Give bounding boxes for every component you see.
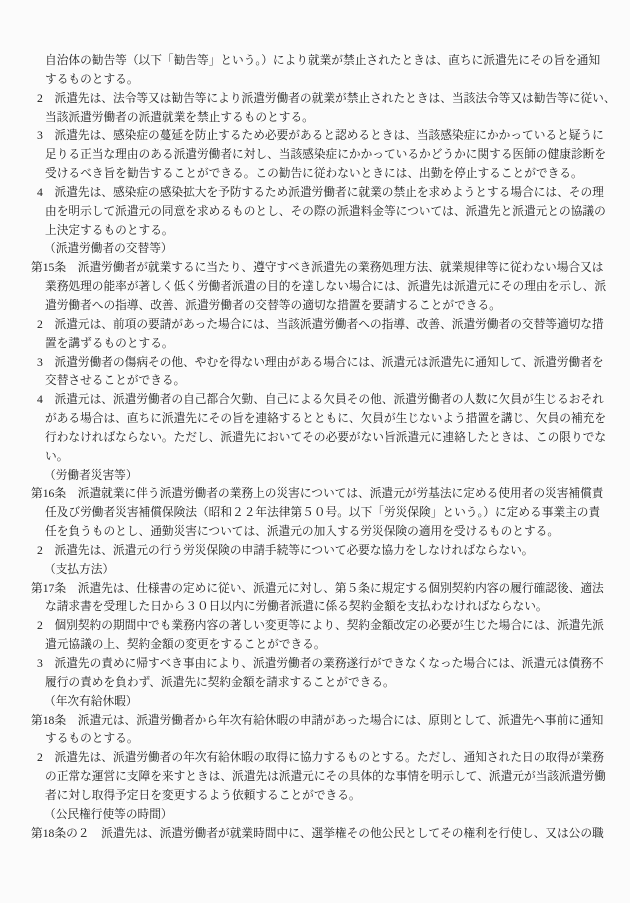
section-heading: （公民権行使等の時間） [31, 806, 602, 825]
text-line: 任を負うものとし、通勤災害については、派遣元の加入する労災保険の適用を受けるもの… [31, 523, 602, 542]
document-body: 自治体の勧告等（以下「勧告等」という。）により就業が禁止されたときは、直ちに派遣… [31, 52, 602, 843]
document-page: 自治体の勧告等（以下「勧告等」という。）により就業が禁止されたときは、直ちに派遣… [0, 0, 630, 903]
text-line: 自治体の勧告等（以下「勧告等」という。）により就業が禁止されたときは、直ちに派遣… [31, 52, 602, 71]
paragraph-number-line: 3 派遣先の責めに帰すべき事由により、派遣労働者の業務遂行ができなくなった場合に… [31, 655, 602, 674]
article-start-line: 第16条 派遣就業に伴う派遣労働者の業務上の災害については、派遣元が労基法に定め… [31, 485, 602, 504]
text-line: 遣労働者への指導、改善、派遣労働者の交替等の適切な措置を要請することができる。 [31, 297, 602, 316]
paragraph-number-line: 2 派遣元は、前項の要請があった場合には、当該派遣労働者への指導、改善、派遣労働… [31, 316, 602, 335]
article-start-line: 第18条 派遣元は、派遣労働者から年次有給休暇の申請があった場合には、原則として… [31, 712, 602, 731]
text-line: 任及び労働者災害補償保険法（昭和２２年法律第５０号。以下「労災保険」という。）に… [31, 504, 602, 523]
text-line: 上決定するものとする。 [31, 222, 602, 241]
paragraph-number-line: 4 派遣元は、派遣労働者の自己都合欠勤、自己による欠員その他、派遣労働者の人数に… [31, 391, 602, 410]
text-line: 行わなければならない。ただし、派遣先においてその必要がない旨派遣元に連絡したとき… [31, 429, 602, 448]
section-heading: （派遣労働者の交替等） [31, 240, 602, 259]
article-start-line: 第18条の２ 派遣先は、派遣労働者が就業時間中に、選挙権その他公民としてその権利… [31, 825, 602, 844]
text-line: するものとする。 [31, 730, 602, 749]
text-line: 当該派遣労働者の派遣就業を禁止するものとする。 [31, 109, 602, 128]
text-line: するものとする。 [31, 71, 602, 90]
text-line: 交替させることができる。 [31, 372, 602, 391]
text-line: 履行の責めを負わず、派遣先に契約金額を請求することができる。 [31, 674, 602, 693]
text-line: がある場合は、直ちに派遣先にその旨を連絡するとともに、欠員が生じないよう措置を講… [31, 410, 602, 429]
paragraph-number-line: 4 派遣先は、感染症の感染拡大を予防するため派遣労働者に就業の禁止を求めようとす… [31, 184, 602, 203]
paragraph-number-line: 2 派遣先は、派遣元の行う労災保険の申請手続等について必要な協力をしなければなら… [31, 542, 602, 561]
text-line: の正常な運営に支障を来すときは、派遣先は派遣元にその具体的な事情を明示して、派遣… [31, 768, 602, 787]
text-line: 遣元協議の上、契約金額の変更をすることができる。 [31, 636, 602, 655]
article-start-line: 第17条 派遣先は、仕様書の定めに従い、派遣元に対し、第５条に規定する個別契約内… [31, 580, 602, 599]
text-line: な請求書を受理した日から３０日以内に労働者派遣に係る契約金額を支払わなければなら… [31, 598, 602, 617]
text-line: 者に対し取得予定日を変更するよう依頼することができる。 [31, 787, 602, 806]
paragraph-number-line: 2 派遣先は、法令等又は勧告等により派遣労働者の就業が禁止されたときは、当該法令… [31, 90, 602, 109]
text-line: 足りる正当な理由のある派遣労働者に対し、当該感染症にかかっているかどうかに関する… [31, 146, 602, 165]
paragraph-number-line: 3 派遣先は、感染症の蔓延を防止するため必要があると認めるときは、当該感染症にか… [31, 127, 602, 146]
section-heading: （支払方法） [31, 561, 602, 580]
section-heading: （年次有給休暇） [31, 693, 602, 712]
text-line: 受けるべき旨を勧告することができる。この勧告に従わないときには、出勤を停止するこ… [31, 165, 602, 184]
paragraph-number-line: 2 個別契約の期間中でも業務内容の著しい変更等により、契約金額改定の必要が生じた… [31, 617, 602, 636]
paragraph-number-line: 3 派遣労働者の傷病その他、やむを得ない理由がある場合には、派遣元は派遣先に通知… [31, 354, 602, 373]
paragraph-number-line: 2 派遣先は、派遣労働者の年次有給休暇の取得に協力するものとする。ただし、通知さ… [31, 749, 602, 768]
text-line: 由を明示して派遣元の同意を求めるものとし、その際の派遣料金等については、派遣先と… [31, 203, 602, 222]
article-start-line: 第15条 派遣労働者が就業するに当たり、遵守すべき派遣先の業務処理方法、就業規律… [31, 259, 602, 278]
text-line: 業務処理の能率が著しく低く労働者派遣の目的を達しない場合には、派遣先は派遣元にそ… [31, 278, 602, 297]
section-heading: （労働者災害等） [31, 467, 602, 486]
text-line: い。 [31, 448, 602, 467]
text-line: 置を講ずるものとする。 [31, 335, 602, 354]
